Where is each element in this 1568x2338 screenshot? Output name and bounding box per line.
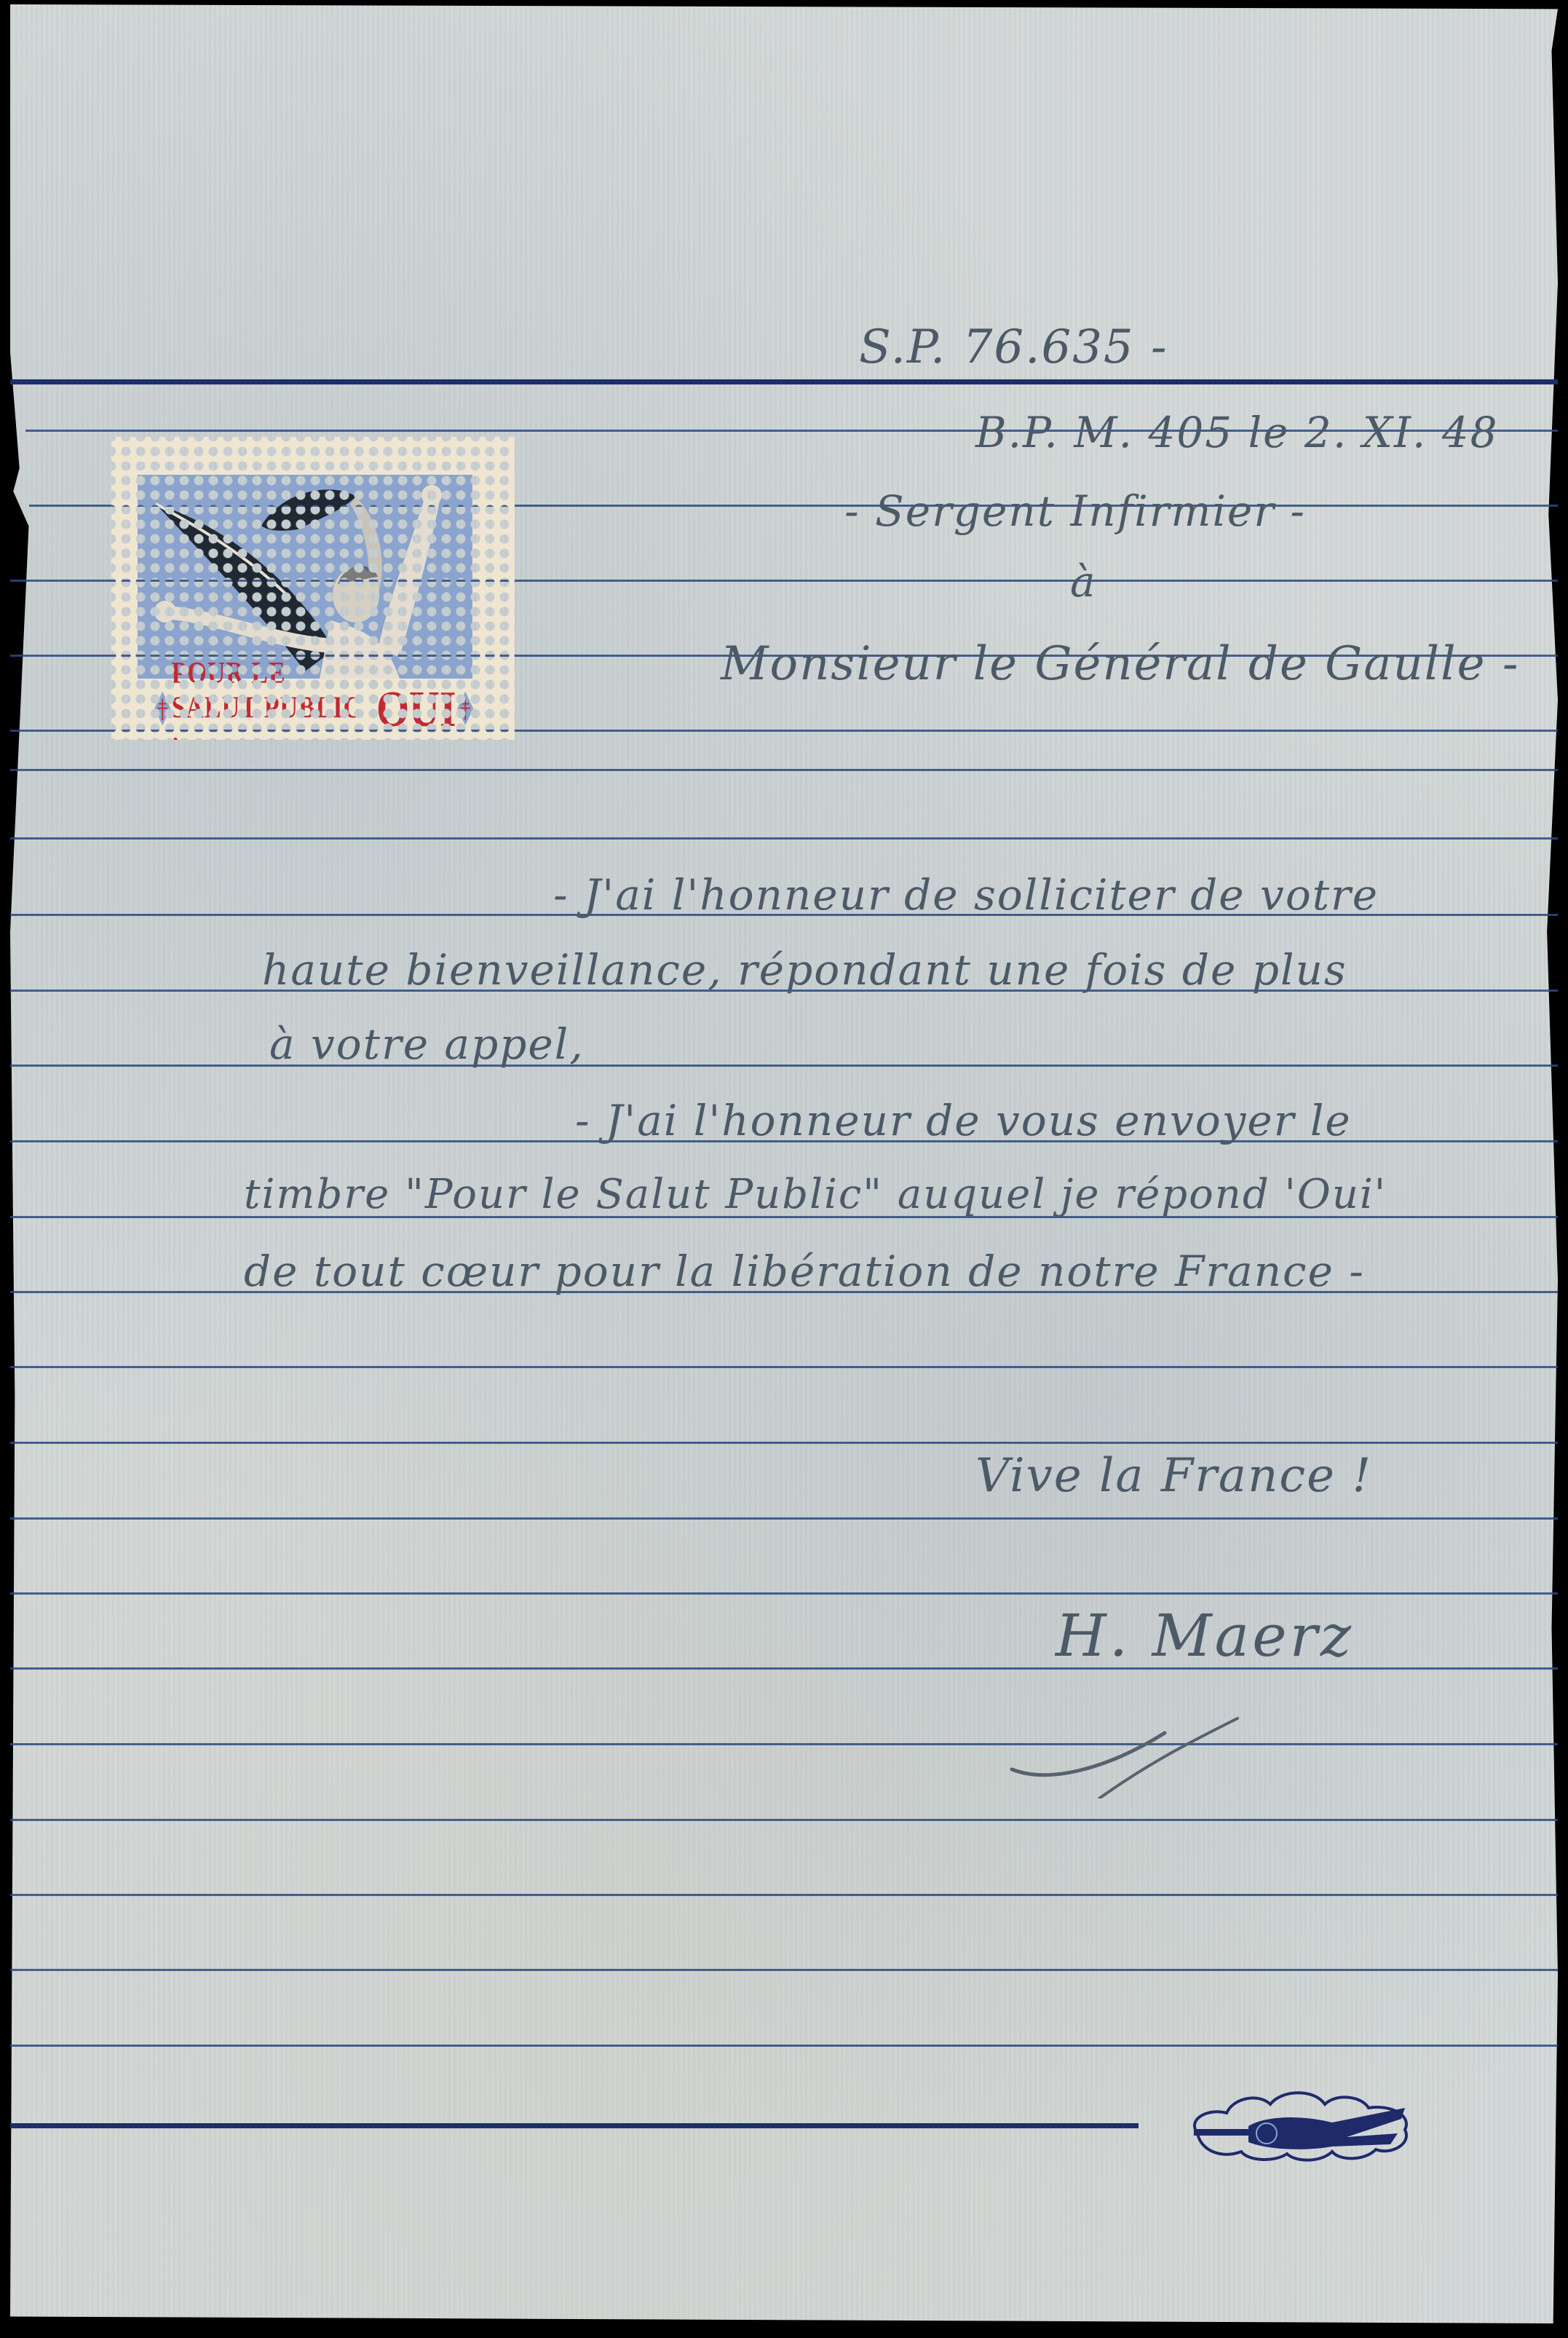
airplane-in-cloud-icon <box>1179 2082 1419 2163</box>
stamp-answer: OUI <box>376 679 456 738</box>
stamp-illustration <box>138 475 472 679</box>
cross-of-lorraine-icon <box>154 679 171 738</box>
body-line: - J'ai l'honneur de solliciter de votre <box>553 870 1379 920</box>
ruled-line <box>10 1366 1558 1368</box>
winged-victory-icon <box>138 475 472 679</box>
recipient-prefix: à <box>1070 557 1097 607</box>
ruled-line <box>10 1065 1558 1067</box>
unit-and-date: B.P. M. 405 le 2. XI. 48 <box>975 408 1499 457</box>
recipient: Monsieur le Général de Gaulle - <box>721 637 1519 691</box>
body-line: de tout cœur pour la libération de notre… <box>244 1247 1365 1296</box>
ruled-line <box>10 1517 1558 1520</box>
body-line: haute bienveillance, répondant une fois … <box>262 945 1347 995</box>
ruled-line <box>10 1819 1558 1821</box>
ruled-line <box>10 1894 1558 1896</box>
ruled-line <box>10 837 1558 840</box>
footer-rule <box>10 2123 1139 2128</box>
body-line: à votre appel, <box>269 1019 585 1069</box>
cross-of-lorraine-icon <box>456 679 474 738</box>
ruled-line <box>10 2045 1558 2047</box>
ruled-line <box>10 1442 1558 1444</box>
ruled-line <box>10 1969 1558 1971</box>
body-line: - J'ai l'honneur de vous envoyer le <box>575 1096 1352 1145</box>
salut-public-stamp: POUR LE SALUT PUBLIC : OUI <box>111 437 515 740</box>
closing-salutation: Vive la France ! <box>975 1449 1372 1503</box>
body-line: timbre "Pour le Salut Public" auquel je … <box>244 1171 1387 1218</box>
letter-paper <box>10 4 1558 2323</box>
signature-flourish <box>1005 1638 1296 1798</box>
postal-sector: S.P. 76.635 - <box>859 320 1168 374</box>
header-rule <box>10 379 1558 384</box>
sender-title: - Sergent Infirmier - <box>844 486 1306 536</box>
ruled-line <box>10 769 1558 771</box>
ruled-line <box>10 1743 1558 1745</box>
ruled-line <box>10 1592 1558 1595</box>
stamp-caption: POUR LE SALUT PUBLIC : OUI <box>154 683 474 734</box>
